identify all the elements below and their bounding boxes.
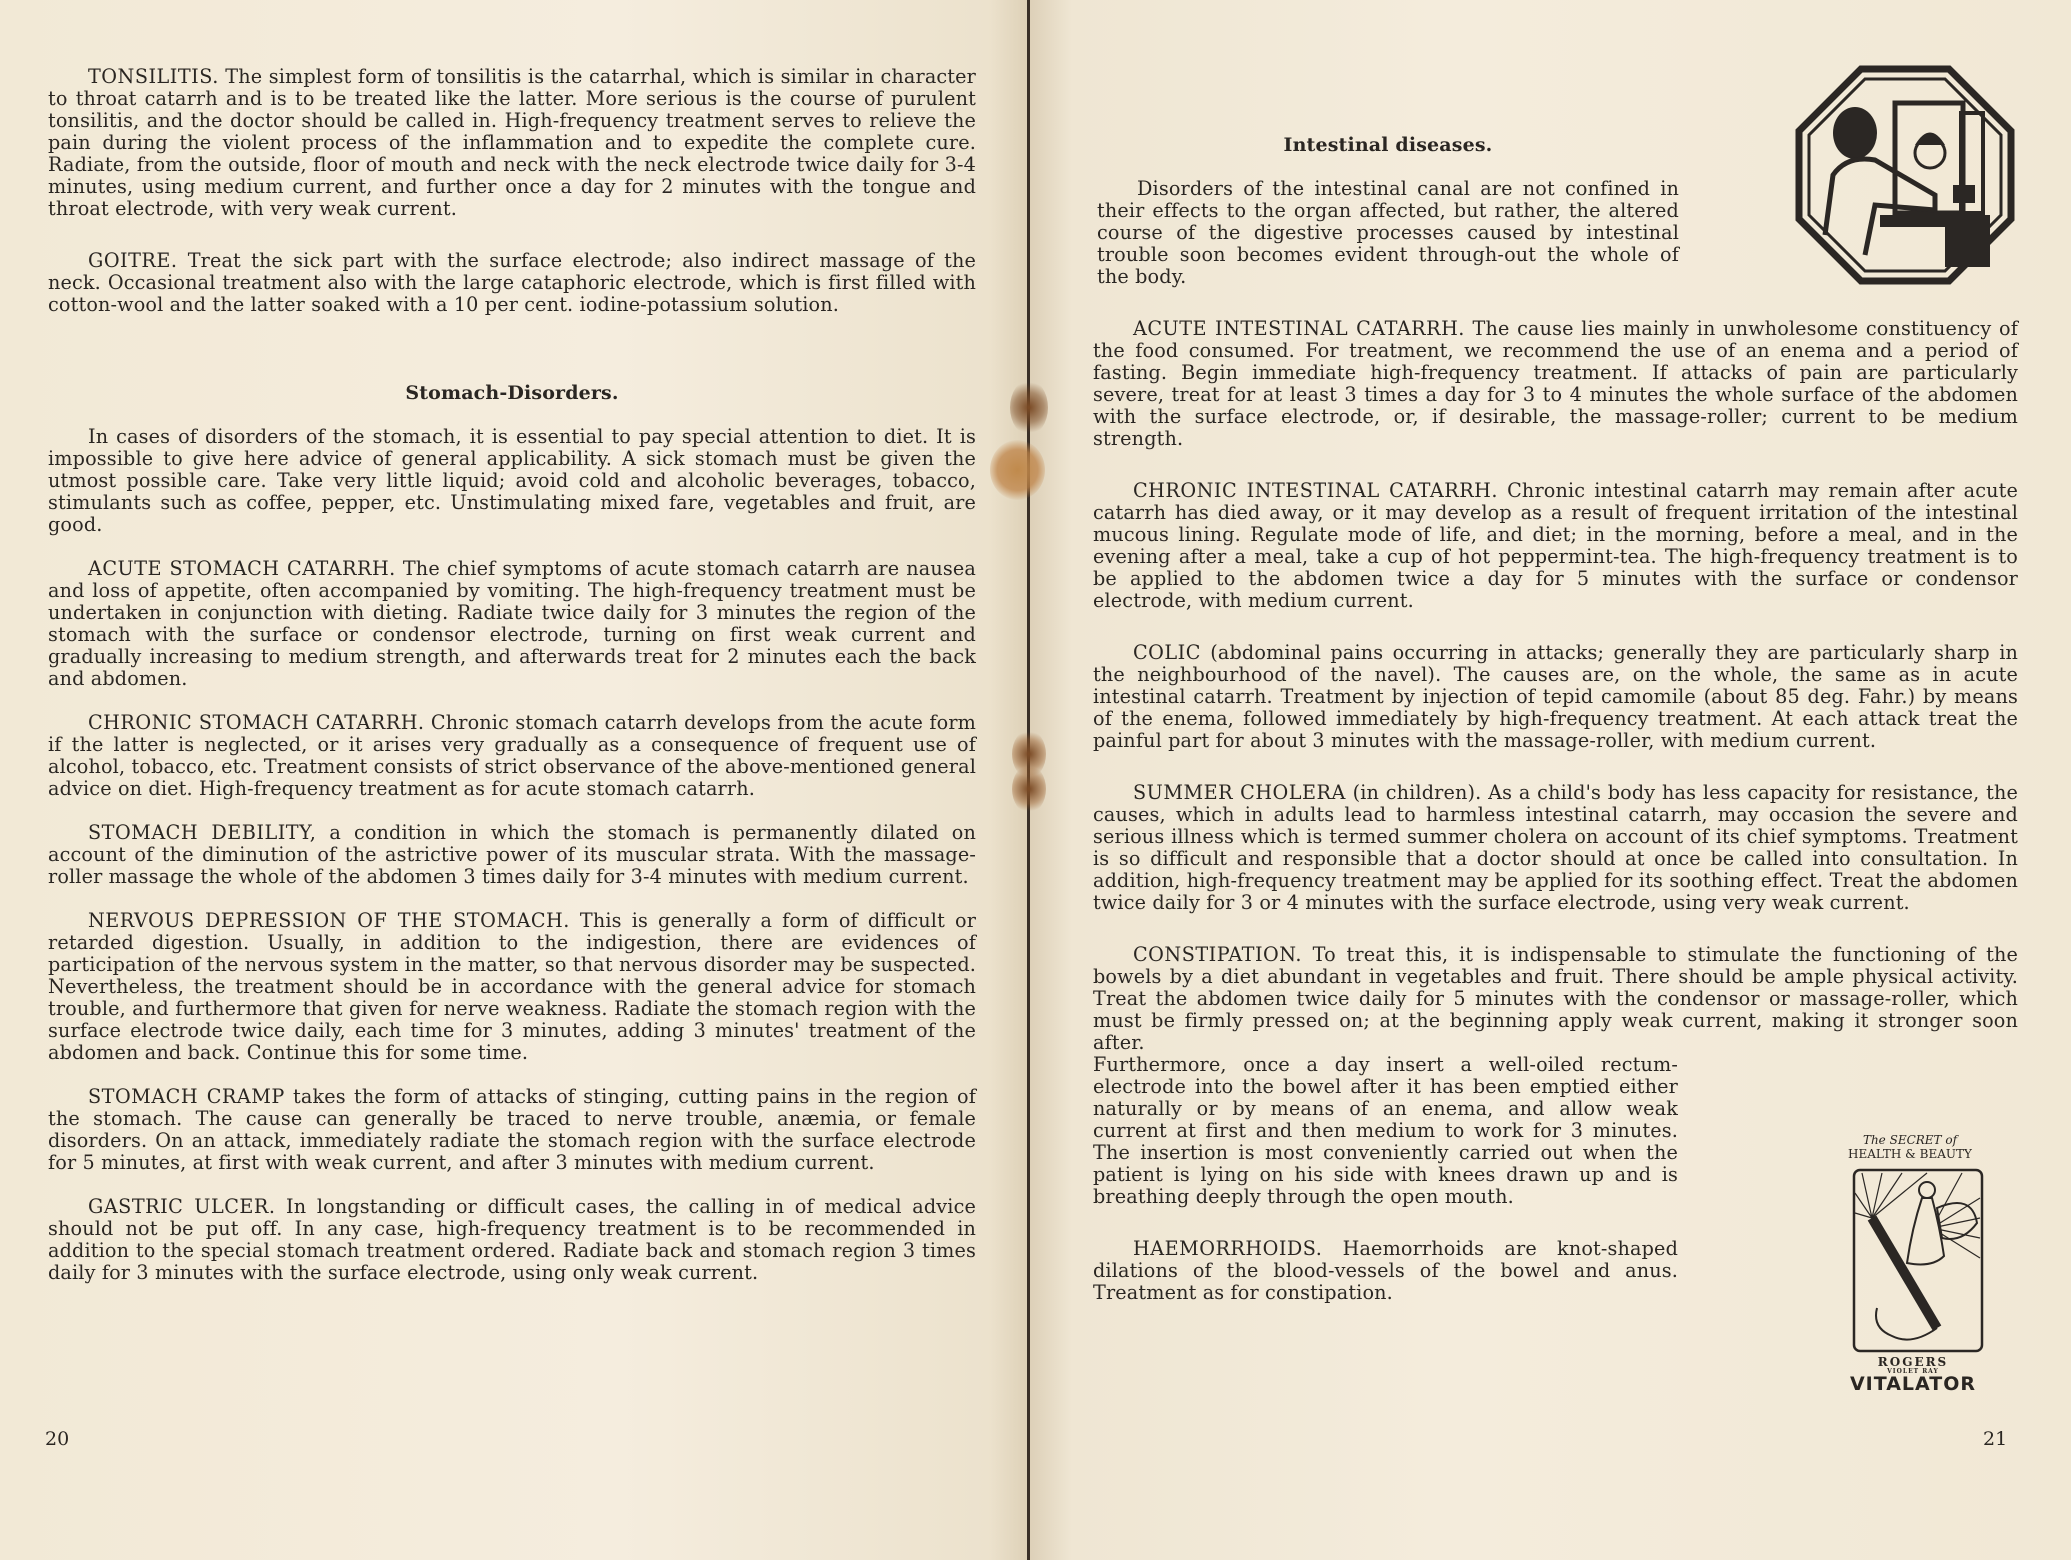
paragraph-constipation: CONSTIPATION. To treat this, it is indis… — [1093, 944, 2018, 1054]
term: CONSTIPATION. — [1133, 943, 1302, 966]
term: GASTRIC ULCER. — [88, 1195, 275, 1218]
term: SUMMER CHOLERA — [1133, 781, 1346, 804]
paragraph-text: (abdominal pains occurring in attacks; g… — [1093, 641, 2018, 752]
paragraph-stomach-intro: In cases of disorders of the stomach, it… — [48, 426, 976, 536]
term: ACUTE INTESTINAL CATARRH. — [1133, 317, 1465, 340]
rust-stain — [990, 440, 1045, 500]
paragraph-stomach-debility: STOMACH DEBILITY, a condition in which t… — [48, 822, 976, 888]
advert-tagline: The SECRET of HEALTH & BEAUTY — [1840, 1133, 1980, 1161]
paragraph-text: Treat the sick part with the surface ele… — [48, 249, 976, 316]
paragraph-haemorrhoids: HAEMORRHOIDS. Haemorrhoids are knot-shap… — [1093, 1238, 1678, 1304]
paragraph-stomach-cramp: STOMACH CRAMP takes the form of attacks … — [48, 1086, 976, 1174]
paragraph-chronic-stomach-catarrh: CHRONIC STOMACH CATARRH. Chronic stomach… — [48, 712, 976, 800]
paragraph-text: The simplest form of tonsilitis is the c… — [48, 65, 976, 220]
paragraph-summer-cholera: SUMMER CHOLERA (in children). As a child… — [1093, 782, 2018, 914]
woman-at-vanity-mirror-illustration-icon — [1795, 65, 2015, 285]
paragraph-acute-stomach-catarrh: ACUTE STOMACH CATARRH. The chief symptom… — [48, 558, 976, 690]
term: HAEMORRHOIDS. — [1133, 1237, 1322, 1260]
advert-brand-vitalator: VITALATOR — [1838, 1375, 1988, 1393]
paragraph-constipation-continued: Furthermore, once a day insert a well-oi… — [1093, 1054, 1678, 1208]
paragraph-text: In cases of disorders of the stomach, it… — [48, 425, 976, 536]
paragraph-acute-intestinal-catarrh: ACUTE INTESTINAL CATARRH. The cause lies… — [1093, 318, 2018, 450]
paragraph-intestinal-intro: Disorders of the intestinal canal are no… — [1097, 178, 1679, 288]
advert-tagline-line-1: The SECRET of — [1840, 1133, 1980, 1147]
paragraph-tonsilitis: TONSILITIS. The simplest form of tonsili… — [48, 66, 976, 220]
term: NERVOUS DEPRESSION OF THE STOMACH. — [88, 909, 570, 932]
page-number-right: 21 — [1983, 1428, 2007, 1450]
term: CHRONIC STOMACH CATARRH. — [88, 711, 425, 734]
term: GOITRE. — [88, 249, 178, 272]
right-page-intro: Intestinal diseases. Disorders of the in… — [1097, 134, 1679, 288]
left-page-text: TONSILITIS. The simplest form of tonsili… — [48, 66, 976, 1284]
advert-tagline-line-2: HEALTH & BEAUTY — [1840, 1147, 1980, 1161]
page-number-left: 20 — [45, 1428, 69, 1450]
paragraph-nervous-depression: NERVOUS DEPRESSION OF THE STOMACH. This … — [48, 910, 976, 1064]
term: CHRONIC INTESTINAL CATARRH. — [1133, 479, 1498, 502]
paragraph-colic: COLIC (abdominal pains occurring in atta… — [1093, 642, 2018, 752]
paragraph-goitre: GOITRE. Treat the sick part with the sur… — [48, 250, 976, 316]
term: COLIC — [1133, 641, 1201, 664]
term: TONSILITIS. — [88, 65, 219, 88]
paragraph-text: This is generally a form of difficult or… — [48, 909, 976, 1064]
rust-stain — [1010, 380, 1048, 435]
advert-brand: ROGERS VIOLET RAY VITALATOR — [1838, 1356, 1988, 1393]
rust-stain — [1012, 765, 1046, 813]
section-heading-intestinal-diseases: Intestinal diseases. — [1097, 134, 1679, 156]
term: STOMACH CRAMP — [88, 1085, 285, 1108]
winged-fairy-with-violet-ray-wand-illustration-icon — [1852, 1168, 1984, 1353]
section-heading-stomach-disorders: Stomach-Disorders. — [48, 382, 976, 404]
term: ACUTE STOMACH CATARRH. — [88, 557, 396, 580]
paragraph-gastric-ulcer: GASTRIC ULCER. In longstanding or diffic… — [48, 1196, 976, 1284]
paragraph-chronic-intestinal-catarrh: CHRONIC INTESTINAL CATARRH. Chronic inte… — [1093, 480, 2018, 612]
advert-brand-rogers: ROGERS — [1838, 1356, 1988, 1368]
term: STOMACH DEBILITY, — [88, 821, 316, 844]
booklet-spread: TONSILITIS. The simplest form of tonsili… — [0, 0, 2071, 1560]
